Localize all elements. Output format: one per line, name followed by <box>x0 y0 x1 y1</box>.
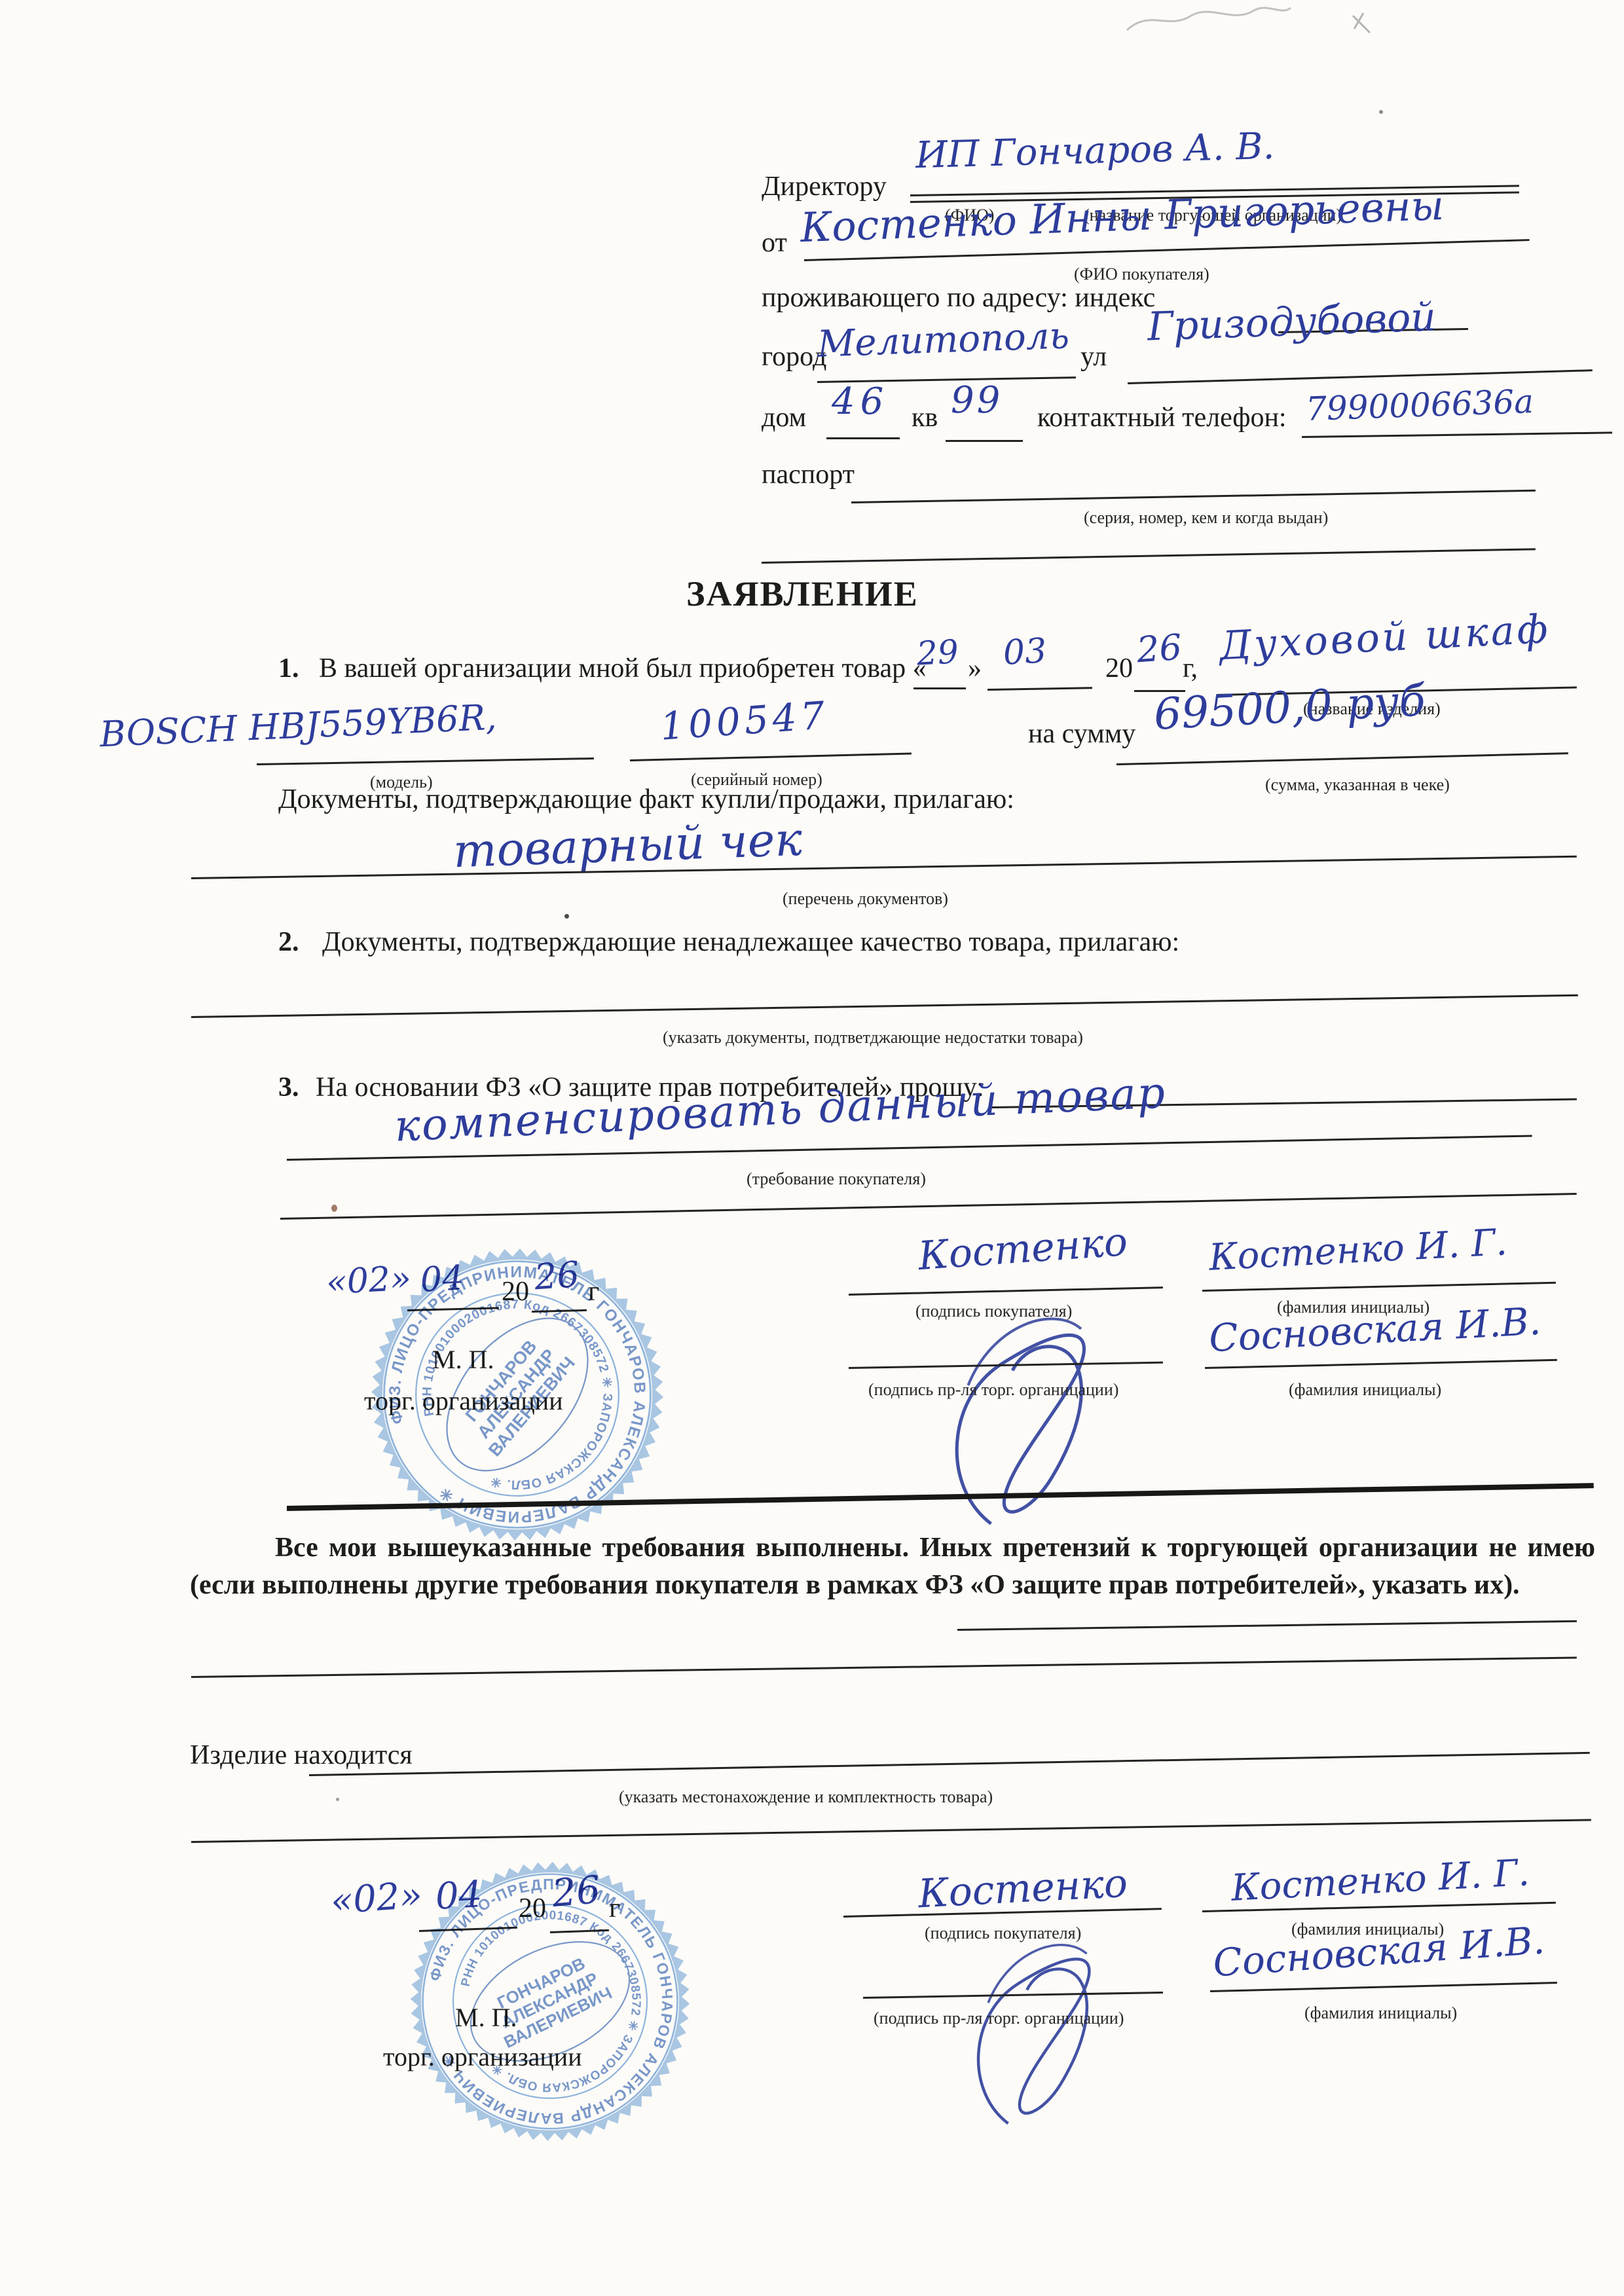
city-handwriting: Мелитополь <box>817 318 1070 363</box>
house-underline <box>826 437 900 439</box>
purchase-month-handwriting: 03 <box>1003 634 1048 670</box>
quote-open: « <box>329 1879 355 1923</box>
phone-label: контактный телефон: <box>1037 403 1287 433</box>
day-value: 02 <box>352 1876 401 1922</box>
ink-dot-artifact <box>331 1205 337 1212</box>
buyer-name-handwriting: Костенко Инны Григорьевны <box>800 185 1445 248</box>
month-underline <box>987 687 1092 691</box>
closing-paragraph: Все мои вышеуказанные требования выполне… <box>190 1529 1595 1603</box>
org-name-underline-1 <box>1205 1359 1557 1369</box>
passport-underline <box>851 490 1536 503</box>
closing-underline-2 <box>191 1656 1577 1678</box>
item-2-text: Документы, подтверждающие ненадлежащее к… <box>322 927 1179 957</box>
address-label: проживающего по адресу: индекс <box>762 283 1155 313</box>
org-name-sublabel-1: (фамилия инициалы) <box>1289 1380 1441 1400</box>
year-suffix: г, <box>1183 653 1198 683</box>
quote-close: » <box>968 653 982 683</box>
demand-sublabel: (требование покупателя) <box>747 1169 926 1189</box>
org-name-underline-2 <box>1210 1982 1557 1992</box>
product-name-handwriting: Духовой шкаф <box>1219 610 1551 666</box>
serial-underline <box>630 752 912 761</box>
item-3-number: 3. <box>278 1072 299 1102</box>
pencil-squiggle-artifact <box>1123 1 1297 42</box>
apt-label: кв <box>912 403 938 433</box>
sum-handwriting: 69500,0 руб <box>1153 679 1427 737</box>
model-handwriting: BOSCH HBJ559YB6R, <box>99 700 497 752</box>
receipt-handwriting: товарный чек <box>452 816 803 875</box>
location-blank-underline <box>191 1819 1591 1843</box>
item-1-number: 1. <box>278 653 299 683</box>
house-handwriting: 46 <box>832 384 889 420</box>
purchase-day-handwriting: 29 <box>916 635 959 670</box>
demand-blank-underline <box>280 1193 1577 1220</box>
director-label: Директору <box>762 172 887 202</box>
purchase-year-handwriting: 26 <box>1135 630 1183 668</box>
round-stamp-2: ФИЗ. ЛИЦО-ПРЕДПРИНИМАТЕЛЬ ГОНЧАРОВ АЛЕКС… <box>387 1838 713 2164</box>
org-sign-sublabel-1: (подпись пр-ля торг. органицации) <box>868 1380 1118 1400</box>
sum-label: на сумму <box>1028 719 1135 749</box>
page-title: ЗАЯВЛЕНИЕ <box>686 575 919 613</box>
header-blank-underline <box>762 548 1536 564</box>
speck-artifact <box>336 1798 339 1801</box>
quote-close: » <box>398 1874 424 1918</box>
date-day-2: «02» <box>329 1877 423 1920</box>
day-underline <box>913 687 966 689</box>
buyer-signature-2: Костенко <box>917 1864 1129 1914</box>
house-label: дом <box>762 403 806 433</box>
org-sign-sublabel-2: (подпись пр-ля торг. органицации) <box>874 2009 1124 2028</box>
speck-artifact <box>1379 110 1383 114</box>
apt-underline <box>946 440 1023 442</box>
scanned-claim-form: Директору ИП Гончаров А. В. (ФИО) (назва… <box>0 0 1624 2296</box>
pen-mark-artifact <box>1350 9 1378 41</box>
speck-artifact <box>564 914 569 919</box>
passport-label: паспорт <box>762 460 855 490</box>
docs-line: Документы, подтверждающие факт купли/про… <box>278 784 1014 814</box>
apt-handwriting: 99 <box>951 382 1003 419</box>
org-representative-signature-1 <box>912 1285 1154 1540</box>
buyer-name-underline-1 <box>1202 1282 1556 1292</box>
buyer-fio-sublabel: (ФИО покупателя) <box>1074 264 1209 284</box>
item-2-blank-underline <box>191 994 1578 1018</box>
passport-sublabel: (серия, номер, кем и когда выдан) <box>1084 508 1328 528</box>
buyer-name-1: Костенко И. Г. <box>1208 1224 1508 1277</box>
street-label: ул <box>1080 342 1107 372</box>
org-name-2: Сосновская И.В. <box>1212 1921 1546 1982</box>
item-2-number: 2. <box>278 927 299 957</box>
location-label: Изделие находится <box>190 1740 413 1770</box>
closing-underline-1 <box>957 1620 1577 1631</box>
item-1-text: В вашей организации мной был приобретен … <box>319 653 927 683</box>
serial-handwriting: 100547 <box>659 696 830 746</box>
street-handwriting: Гризодубовой <box>1147 297 1437 346</box>
org-name-sublabel-2: (фамилия инициалы) <box>1304 2003 1457 2023</box>
year-prefix: 20 <box>1105 653 1133 683</box>
phone-handwriting: 7990006636а <box>1305 385 1534 426</box>
phone-underline <box>1302 431 1612 438</box>
from-label: от <box>762 228 787 258</box>
receipt-underline <box>191 856 1577 879</box>
org-name-handwriting: ИП Гончаров А. В. <box>915 128 1275 174</box>
org-name-1: Сосновская И.В. <box>1208 1302 1542 1357</box>
location-underline <box>309 1752 1590 1776</box>
buyer-signature-1: Костенко <box>917 1222 1128 1276</box>
model-underline <box>257 757 594 765</box>
item-2-sublabel: (указать документы, подтветджающие недос… <box>663 1028 1083 1048</box>
sum-sublabel: (сумма, указанная в чеке) <box>1265 775 1450 795</box>
sum-underline <box>1116 752 1568 765</box>
buyer-name-2: Костенко И. Г. <box>1230 1855 1530 1907</box>
location-sublabel: (указать местонахождение и комплектность… <box>619 1787 993 1807</box>
docs-sublabel: (перечень документов) <box>783 889 948 909</box>
